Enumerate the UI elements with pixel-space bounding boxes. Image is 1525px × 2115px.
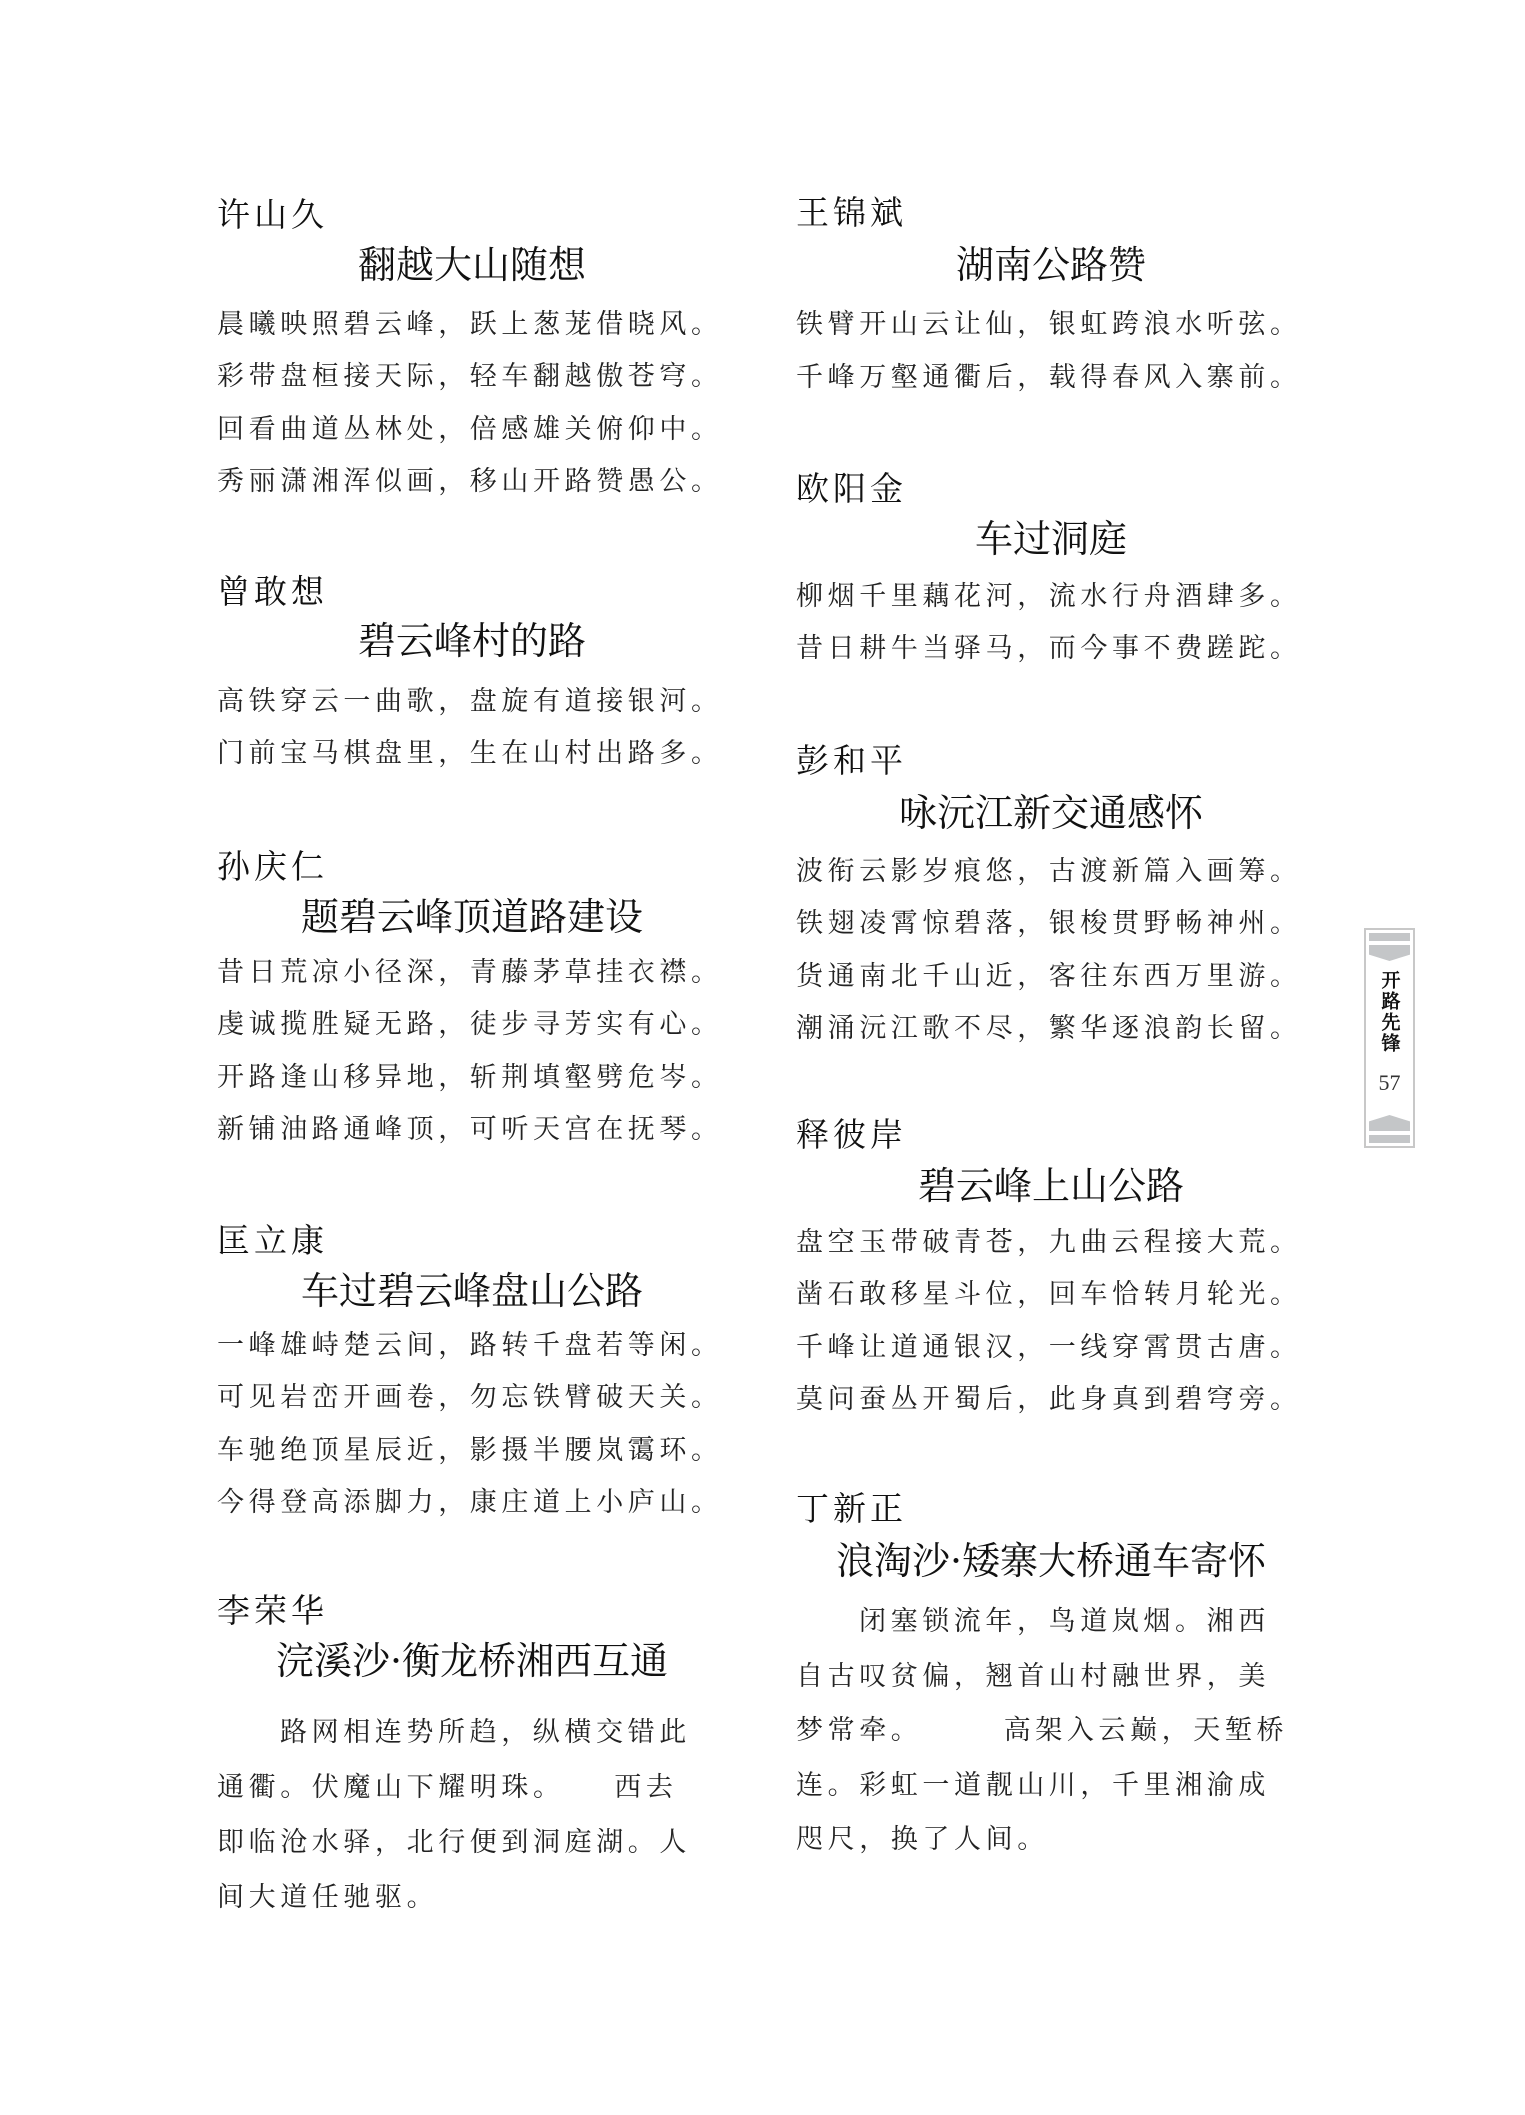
poem-title: 湖南公路赞 [796, 244, 1306, 286]
poem-line: 开路逢山移异地，斩荆填壑劈危岑。 [217, 1063, 723, 1093]
page-number: 57 [1366, 1070, 1413, 1096]
poem-line: 柳烟千里藕花河，流水行舟酒肆多。 [796, 582, 1302, 612]
tab-bottom-chevron-decoration [1369, 1115, 1410, 1131]
poem-line: 闭塞锁流年，鸟道岚烟。湘西 [796, 1607, 1270, 1637]
poem-line: 盘空玉带破青苍，九曲云程接大荒。 [796, 1228, 1302, 1258]
poem-title: 翻越大山随想 [217, 244, 727, 286]
poem-author: 丁新正 [796, 1490, 907, 1528]
poem-line: 即临沧水驿，北行便到洞庭湖。人 [217, 1828, 691, 1858]
poem-title: 碧云峰上山公路 [796, 1165, 1306, 1207]
poem-author: 释彼岸 [796, 1116, 907, 1154]
poem-line: 铁臂开山云让仙，银虹跨浪水听弦。 [796, 310, 1302, 340]
poem-title: 题碧云峰顶道路建设 [217, 896, 727, 938]
poem-line: 可见岩峦开画卷，勿忘铁臂破天关。 [217, 1383, 723, 1413]
section-side-tab: 开路先锋 57 [1364, 928, 1415, 1148]
poem-line: 今得登高添脚力，康庄道上小庐山。 [217, 1488, 723, 1518]
poem-line: 自古叹贫偏，翘首山村融世界，美 [796, 1662, 1270, 1692]
poem-line: 高铁穿云一曲歌，盘旋有道接银河。 [217, 687, 723, 717]
poem-line: 门前宝马棋盘里，生在山村出路多。 [217, 739, 723, 769]
poem-line: 咫尺，换了人间。 [796, 1825, 1049, 1855]
tab-top-chevron-decoration [1369, 945, 1410, 961]
poem-title: 浣溪沙·衡龙桥湘西互通 [217, 1640, 727, 1682]
poem-line: 千峰万壑通衢后，载得春风入寨前。 [796, 363, 1302, 393]
poem-line: 连。彩虹一道靓山川，千里湘渝成 [796, 1771, 1270, 1801]
poem-title: 咏沅江新交通感怀 [796, 792, 1306, 834]
poem-title: 碧云峰村的路 [217, 620, 727, 662]
poem-line: 昔日耕牛当驿马，而今事不费蹉跎。 [796, 634, 1302, 664]
poem-line: 铁翅凌霄惊碧落，银梭贯野畅神州。 [796, 909, 1302, 939]
poem-author: 彭和平 [796, 742, 907, 780]
poem-author: 匡立康 [217, 1222, 328, 1260]
poem-author: 欧阳金 [796, 470, 907, 508]
poem-line: 虔诚揽胜疑无路，徒步寻芳实有心。 [217, 1010, 723, 1040]
poem-line: 晨曦映照碧云峰，跃上葱茏借晓风。 [217, 310, 723, 340]
poem-line: 彩带盘桓接天际，轻车翻越傲苍穹。 [217, 362, 723, 392]
poem-line: 路网相连势所趋，纵横交错此 [217, 1718, 691, 1748]
section-title: 开路先锋 [1379, 970, 1401, 1054]
poem-line: 潮涌沅江歌不尽，繁华逐浪韵长留。 [796, 1014, 1302, 1044]
poem-author: 李荣华 [217, 1592, 328, 1630]
poem-line: 昔日荒凉小径深，青藤茅草挂衣襟。 [217, 958, 723, 988]
poem-line: 通衢。伏魔山下耀明珠。 西去 [217, 1773, 678, 1803]
poem-line: 秀丽潇湘浑似画，移山开路赞愚公。 [217, 467, 723, 497]
poem-author: 许山久 [217, 196, 328, 234]
poem-line: 间大道任驰驱。 [217, 1883, 438, 1913]
poem-line: 莫问蚕丛开蜀后，此身真到碧穹旁。 [796, 1385, 1302, 1415]
poem-author: 王锦斌 [796, 194, 907, 232]
poem-line: 货通南北千山近，客往东西万里游。 [796, 962, 1302, 992]
poem-line: 一峰雄峙楚云间，路转千盘若等闲。 [217, 1331, 723, 1361]
poem-line: 波衔云影岁痕悠，古渡新篇入画筹。 [796, 857, 1302, 887]
poem-line: 千峰让道通银汉，一线穿霄贯古唐。 [796, 1333, 1302, 1363]
poem-line: 车驰绝顶星辰近，影摄半腰岚霭环。 [217, 1436, 723, 1466]
tab-top-bar-decoration [1369, 933, 1410, 941]
poem-author: 曾敢想 [217, 573, 328, 611]
poem-line: 回看曲道丛林处，倍感雄关俯仰中。 [217, 415, 723, 445]
poem-line: 新铺油路通峰顶，可听天宫在抚琴。 [217, 1115, 723, 1145]
poem-title: 车过碧云峰盘山公路 [217, 1270, 727, 1312]
poem-title: 车过洞庭 [796, 518, 1306, 560]
poem-line: 凿石敢移星斗位，回车恰转月轮光。 [796, 1280, 1302, 1310]
poem-line: 梦常牵。 高架入云巅，天堑桥 [796, 1716, 1288, 1746]
poem-title: 浪淘沙·矮寨大桥通车寄怀 [796, 1540, 1306, 1582]
poem-author: 孙庆仁 [217, 848, 328, 886]
tab-bottom-bar-decoration [1369, 1135, 1410, 1143]
